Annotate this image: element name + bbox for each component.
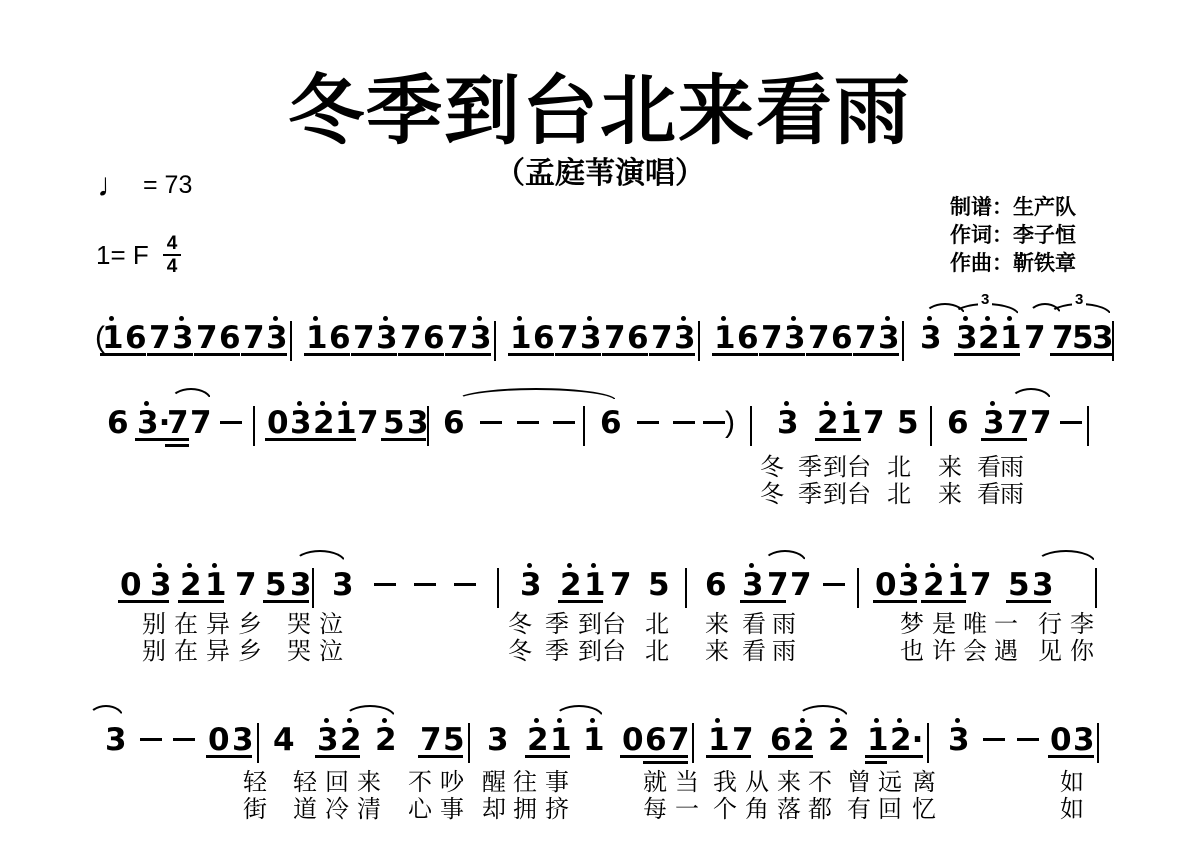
octave-dot bbox=[954, 563, 959, 568]
slur-arc bbox=[554, 705, 604, 718]
lyric-char: 看 bbox=[742, 639, 766, 665]
beam-underline bbox=[602, 353, 648, 356]
note: 2 bbox=[313, 407, 335, 439]
note: 3 bbox=[266, 322, 288, 354]
lyric-char: 个 bbox=[713, 797, 737, 823]
beam-underline bbox=[643, 761, 688, 764]
octave-dot bbox=[591, 563, 596, 568]
lyric-char: 街 bbox=[243, 797, 267, 823]
octave-dot bbox=[347, 718, 352, 723]
barline bbox=[927, 723, 929, 763]
note: 7 bbox=[855, 322, 877, 354]
lyric-char: 冬 bbox=[508, 612, 532, 638]
lyric-char: 轻 bbox=[243, 770, 267, 796]
octave-dot bbox=[297, 401, 302, 406]
note: 5 bbox=[383, 407, 405, 439]
lyric-char: 每 bbox=[643, 797, 667, 823]
lyric-char: 雨 bbox=[1000, 455, 1024, 481]
note: 5 bbox=[897, 407, 919, 439]
duration-dash bbox=[1060, 421, 1082, 424]
note: 1 bbox=[708, 724, 730, 756]
note: 1 bbox=[714, 322, 736, 354]
lyric-char: 泣 bbox=[319, 639, 343, 665]
beam-underline bbox=[954, 353, 1020, 356]
octave-dot bbox=[927, 316, 932, 321]
note: 6 bbox=[947, 407, 969, 439]
lyric-char: 季 bbox=[798, 455, 822, 481]
barline bbox=[497, 568, 499, 608]
beam-underline bbox=[135, 438, 189, 441]
note: 3 bbox=[777, 407, 799, 439]
note: 6 bbox=[770, 724, 792, 756]
note: 2 bbox=[978, 322, 1000, 354]
lyric-char: 季 bbox=[545, 639, 569, 665]
notation-area: (167376731673767316737673167376733321775… bbox=[0, 0, 1200, 850]
lyric-char: 有 bbox=[847, 797, 871, 823]
beam-underline bbox=[398, 353, 444, 356]
barline bbox=[1112, 321, 1114, 361]
note: 6 bbox=[831, 322, 853, 354]
note: 2 bbox=[828, 724, 850, 756]
lyric-char: 回 bbox=[878, 797, 902, 823]
note: 7 bbox=[447, 322, 469, 354]
note: 1 bbox=[584, 569, 606, 601]
note: 6 bbox=[645, 724, 667, 756]
note: 3· bbox=[137, 407, 170, 439]
note: 1 bbox=[102, 322, 124, 354]
note: 1 bbox=[1000, 322, 1022, 354]
octave-dot bbox=[784, 401, 789, 406]
octave-dot bbox=[721, 316, 726, 321]
octave-dot bbox=[557, 718, 562, 723]
slur-arc bbox=[797, 705, 849, 718]
note: 7 bbox=[732, 724, 754, 756]
duration-dash bbox=[414, 583, 436, 586]
lyric-char: 行 bbox=[1038, 612, 1062, 638]
lyric-char: 醒 bbox=[482, 770, 506, 796]
beam-underline bbox=[558, 600, 603, 603]
beam-underline bbox=[418, 755, 463, 758]
lyric-char: 不 bbox=[408, 770, 432, 796]
lyric-char: 季 bbox=[798, 482, 822, 508]
octave-dot bbox=[567, 563, 572, 568]
lyric-char: 落 bbox=[777, 797, 801, 823]
beam-underline bbox=[865, 761, 887, 764]
octave-dot bbox=[985, 316, 990, 321]
note: 5 bbox=[1008, 569, 1030, 601]
beam-underline bbox=[620, 755, 688, 758]
duration-dash bbox=[823, 583, 845, 586]
octave-dot bbox=[144, 401, 149, 406]
octave-dot bbox=[1007, 316, 1012, 321]
beam-underline bbox=[263, 600, 309, 603]
beam-underline bbox=[981, 438, 1027, 441]
beam-underline bbox=[865, 755, 923, 758]
beam-underline bbox=[1006, 600, 1051, 603]
lyric-char: 来 bbox=[705, 612, 729, 638]
lyric-char: 一 bbox=[675, 797, 699, 823]
note: 3 bbox=[983, 407, 1005, 439]
note: 1 bbox=[335, 407, 357, 439]
lyric-char: 在 bbox=[174, 612, 198, 638]
octave-dot bbox=[930, 563, 935, 568]
octave-dot bbox=[273, 316, 278, 321]
slur-arc bbox=[1010, 388, 1052, 401]
lyric-char: 挤 bbox=[545, 797, 569, 823]
octave-dot bbox=[109, 316, 114, 321]
note: 0 bbox=[208, 724, 230, 756]
lyric-char: 也 bbox=[900, 639, 924, 665]
beam-underline bbox=[206, 755, 252, 758]
note: 7 bbox=[420, 724, 442, 756]
note: 7 bbox=[604, 322, 626, 354]
note: 3 bbox=[580, 322, 602, 354]
beam-underline bbox=[100, 353, 146, 356]
beam-underline bbox=[768, 755, 813, 758]
beam-underline bbox=[740, 600, 786, 603]
note: 2 bbox=[180, 569, 202, 601]
lyric-char: 往 bbox=[513, 770, 537, 796]
note: 3 bbox=[878, 322, 900, 354]
note: 1 bbox=[947, 569, 969, 601]
duration-dash bbox=[454, 583, 476, 586]
note: 7 bbox=[970, 569, 992, 601]
barline bbox=[698, 321, 700, 361]
slur-arc bbox=[1036, 550, 1096, 563]
lyric-char: 到 bbox=[578, 639, 602, 665]
beam-underline bbox=[265, 438, 311, 441]
note: 6 bbox=[125, 322, 147, 354]
octave-dot bbox=[791, 316, 796, 321]
beam-underline bbox=[508, 353, 554, 356]
lyric-char: 台 bbox=[847, 482, 871, 508]
beam-underline bbox=[555, 353, 601, 356]
beam-underline bbox=[315, 755, 360, 758]
octave-dot bbox=[477, 316, 482, 321]
note: 0 bbox=[622, 724, 644, 756]
note: 7 bbox=[610, 569, 632, 601]
lyric-char: 台 bbox=[602, 612, 626, 638]
slur-arc bbox=[170, 388, 212, 401]
note: 3 bbox=[332, 569, 354, 601]
lyric-char: 台 bbox=[847, 455, 871, 481]
note: 3 bbox=[487, 724, 509, 756]
lyric-char: 事 bbox=[545, 770, 569, 796]
octave-dot bbox=[212, 563, 217, 568]
barline bbox=[692, 723, 694, 763]
octave-dot bbox=[527, 563, 532, 568]
phrase-paren: ) bbox=[725, 407, 735, 439]
lyric-char: 当 bbox=[675, 770, 699, 796]
triplet-label: 3 bbox=[978, 292, 992, 307]
lyric-char: 来 bbox=[777, 770, 801, 796]
lyric-char: 你 bbox=[1070, 639, 1094, 665]
barline bbox=[1087, 406, 1089, 446]
slur-arc bbox=[88, 705, 124, 718]
note: 1 bbox=[583, 724, 605, 756]
lyric-char: 冷 bbox=[325, 797, 349, 823]
lyric-char: 梦 bbox=[900, 612, 924, 638]
note: 3 bbox=[150, 569, 172, 601]
lyric-char: 唯 bbox=[963, 612, 987, 638]
note: 7 bbox=[790, 569, 812, 601]
barline bbox=[857, 568, 859, 608]
lyric-char: 如 bbox=[1060, 770, 1084, 796]
lyric-char: 心 bbox=[408, 797, 432, 823]
note: 7 bbox=[668, 724, 690, 756]
slur-arc bbox=[294, 550, 346, 563]
lyric-char: 在 bbox=[174, 639, 198, 665]
duration-dash bbox=[673, 421, 695, 424]
note: 7 bbox=[243, 322, 265, 354]
note: 3 bbox=[674, 322, 696, 354]
note: 3 bbox=[784, 322, 806, 354]
lyric-char: 到 bbox=[823, 482, 847, 508]
octave-dot bbox=[847, 401, 852, 406]
octave-dot bbox=[324, 718, 329, 723]
beam-underline bbox=[706, 755, 751, 758]
lyric-char: 许 bbox=[932, 639, 956, 665]
lyric-char: 冬 bbox=[508, 639, 532, 665]
note: 3 bbox=[172, 322, 194, 354]
octave-dot bbox=[187, 563, 192, 568]
lyric-char: 从 bbox=[745, 770, 769, 796]
note: 3 bbox=[956, 322, 978, 354]
note: 1 bbox=[550, 724, 572, 756]
lyric-char: 冬 bbox=[760, 455, 784, 481]
beam-underline bbox=[147, 353, 193, 356]
barline bbox=[494, 321, 496, 361]
note: 6 bbox=[107, 407, 129, 439]
note: 3 bbox=[742, 569, 764, 601]
lyric-char: 远 bbox=[878, 770, 902, 796]
note: 6 bbox=[705, 569, 727, 601]
lyric-char: 是 bbox=[932, 612, 956, 638]
note: 3 bbox=[898, 569, 920, 601]
note: 1 bbox=[840, 407, 862, 439]
note: 2 bbox=[375, 724, 397, 756]
octave-dot bbox=[179, 316, 184, 321]
slur-arc bbox=[455, 388, 617, 401]
lyric-char: 曾 bbox=[847, 770, 871, 796]
note: 3 bbox=[948, 724, 970, 756]
duration-dash bbox=[480, 421, 502, 424]
barline bbox=[253, 406, 255, 446]
note: 7 bbox=[767, 569, 789, 601]
lyric-char: 事 bbox=[440, 797, 464, 823]
lyric-char: 哭 bbox=[287, 612, 311, 638]
duration-dash bbox=[374, 583, 396, 586]
note: 1 bbox=[205, 569, 227, 601]
beam-underline bbox=[351, 353, 397, 356]
octave-dot bbox=[681, 316, 686, 321]
duration-dash bbox=[140, 738, 162, 741]
note: 7 bbox=[190, 407, 212, 439]
barline bbox=[312, 568, 314, 608]
lyric-char: 我 bbox=[713, 770, 737, 796]
octave-dot bbox=[342, 401, 347, 406]
beam-underline bbox=[1048, 755, 1094, 758]
note: 5 bbox=[648, 569, 670, 601]
note: 1 bbox=[306, 322, 328, 354]
beam-underline bbox=[445, 353, 491, 356]
note: 1 bbox=[510, 322, 532, 354]
lyric-char: 哭 bbox=[287, 639, 311, 665]
lyric-char: 看 bbox=[977, 455, 1001, 481]
barline bbox=[583, 406, 585, 446]
octave-dot bbox=[800, 718, 805, 723]
lyric-char: 冬 bbox=[760, 482, 784, 508]
beam-underline bbox=[118, 600, 169, 603]
duration-dash bbox=[637, 421, 659, 424]
beam-underline bbox=[873, 600, 917, 603]
note: 2 bbox=[817, 407, 839, 439]
lyric-char: 一 bbox=[994, 612, 1018, 638]
note: 4 bbox=[273, 724, 295, 756]
note: 2 bbox=[340, 724, 362, 756]
note: 6 bbox=[737, 322, 759, 354]
lyric-char: 来 bbox=[357, 770, 381, 796]
note: 3 bbox=[920, 322, 942, 354]
octave-dot bbox=[955, 718, 960, 723]
octave-dot bbox=[824, 401, 829, 406]
barline bbox=[290, 321, 292, 361]
lyric-char: 来 bbox=[938, 455, 962, 481]
note: 2 bbox=[560, 569, 582, 601]
note: 7 bbox=[167, 407, 189, 439]
note: 5 bbox=[1072, 322, 1094, 354]
note: 5 bbox=[443, 724, 465, 756]
note: 0 bbox=[1050, 724, 1072, 756]
barline bbox=[1095, 568, 1097, 608]
duration-dash bbox=[553, 421, 575, 424]
lyric-char: 季 bbox=[545, 612, 569, 638]
lyric-char: 雨 bbox=[772, 612, 796, 638]
octave-dot bbox=[749, 563, 754, 568]
barline bbox=[685, 568, 687, 608]
barline bbox=[257, 723, 259, 763]
triplet-label: 3 bbox=[1072, 292, 1086, 307]
lyric-char: 轻 bbox=[293, 770, 317, 796]
octave-dot bbox=[715, 718, 720, 723]
barline bbox=[468, 723, 470, 763]
note: 2 bbox=[793, 724, 815, 756]
note: 6 bbox=[329, 322, 351, 354]
note: 7 bbox=[761, 322, 783, 354]
octave-dot bbox=[313, 316, 318, 321]
octave-dot bbox=[897, 718, 902, 723]
lyric-char: 来 bbox=[705, 639, 729, 665]
lyric-char: 乡 bbox=[238, 612, 262, 638]
note: 3 bbox=[232, 724, 254, 756]
beam-underline bbox=[311, 438, 356, 441]
note: 7 bbox=[235, 569, 257, 601]
lyric-char: 雨 bbox=[772, 639, 796, 665]
beam-underline bbox=[1050, 353, 1112, 356]
note: 3 bbox=[1032, 569, 1054, 601]
lyric-char: 异 bbox=[206, 639, 230, 665]
beam-underline bbox=[712, 353, 758, 356]
lyric-char: 台 bbox=[602, 639, 626, 665]
lyric-char: 北 bbox=[645, 639, 669, 665]
note: 1 bbox=[867, 724, 889, 756]
lyric-char: 到 bbox=[578, 612, 602, 638]
octave-dot bbox=[320, 401, 325, 406]
lyric-char: 遇 bbox=[994, 639, 1018, 665]
barline bbox=[930, 406, 932, 446]
note: 0 bbox=[875, 569, 897, 601]
lyric-char: 异 bbox=[206, 612, 230, 638]
note: 0 bbox=[120, 569, 142, 601]
note: 6 bbox=[600, 407, 622, 439]
lyric-char: 忆 bbox=[912, 797, 936, 823]
octave-dot bbox=[874, 718, 879, 723]
note: 3 bbox=[105, 724, 127, 756]
note: 7 bbox=[196, 322, 218, 354]
lyric-char: 不 bbox=[808, 770, 832, 796]
lyric-char: 却 bbox=[482, 797, 506, 823]
lyric-char: 北 bbox=[887, 482, 911, 508]
duration-dash bbox=[517, 421, 539, 424]
duration-dash bbox=[220, 421, 242, 424]
note: 7 bbox=[1052, 322, 1074, 354]
beam-underline bbox=[178, 600, 224, 603]
beam-underline bbox=[649, 353, 695, 356]
octave-dot bbox=[905, 563, 910, 568]
lyric-char: 泣 bbox=[319, 612, 343, 638]
lyric-char: 吵 bbox=[440, 770, 464, 796]
note: 7 bbox=[353, 322, 375, 354]
lyric-char: 雨 bbox=[1000, 482, 1024, 508]
lyric-char: 看 bbox=[977, 482, 1001, 508]
note: 7 bbox=[400, 322, 422, 354]
slur-arc bbox=[344, 705, 396, 718]
duration-dash bbox=[703, 421, 725, 424]
lyric-char: 回 bbox=[325, 770, 349, 796]
note: 3 bbox=[376, 322, 398, 354]
note: 3 bbox=[290, 569, 312, 601]
beam-underline bbox=[806, 353, 852, 356]
note: 3 bbox=[1073, 724, 1095, 756]
octave-dot bbox=[383, 316, 388, 321]
note: 3 bbox=[470, 322, 492, 354]
note: 7 bbox=[557, 322, 579, 354]
lyric-char: 到 bbox=[823, 455, 847, 481]
barline bbox=[427, 406, 429, 446]
lyric-char: 来 bbox=[938, 482, 962, 508]
lyric-char: 会 bbox=[963, 639, 987, 665]
note: 3 bbox=[317, 724, 339, 756]
barline bbox=[902, 321, 904, 361]
lyric-char: 道 bbox=[293, 797, 317, 823]
octave-dot bbox=[587, 316, 592, 321]
duration-dash bbox=[1017, 738, 1039, 741]
lyric-char: 北 bbox=[645, 612, 669, 638]
note: 7 bbox=[808, 322, 830, 354]
note: 3 bbox=[1092, 322, 1114, 354]
note: 7 bbox=[1007, 407, 1029, 439]
lyric-char: 就 bbox=[643, 770, 667, 796]
note: 3 bbox=[407, 407, 429, 439]
beam-underline bbox=[165, 444, 189, 447]
lyric-char: 别 bbox=[142, 639, 166, 665]
note: 7 bbox=[1024, 322, 1046, 354]
octave-dot bbox=[517, 316, 522, 321]
beam-underline bbox=[194, 353, 240, 356]
barline bbox=[1097, 723, 1099, 763]
note: 3 bbox=[520, 569, 542, 601]
lyric-char: 拥 bbox=[513, 797, 537, 823]
